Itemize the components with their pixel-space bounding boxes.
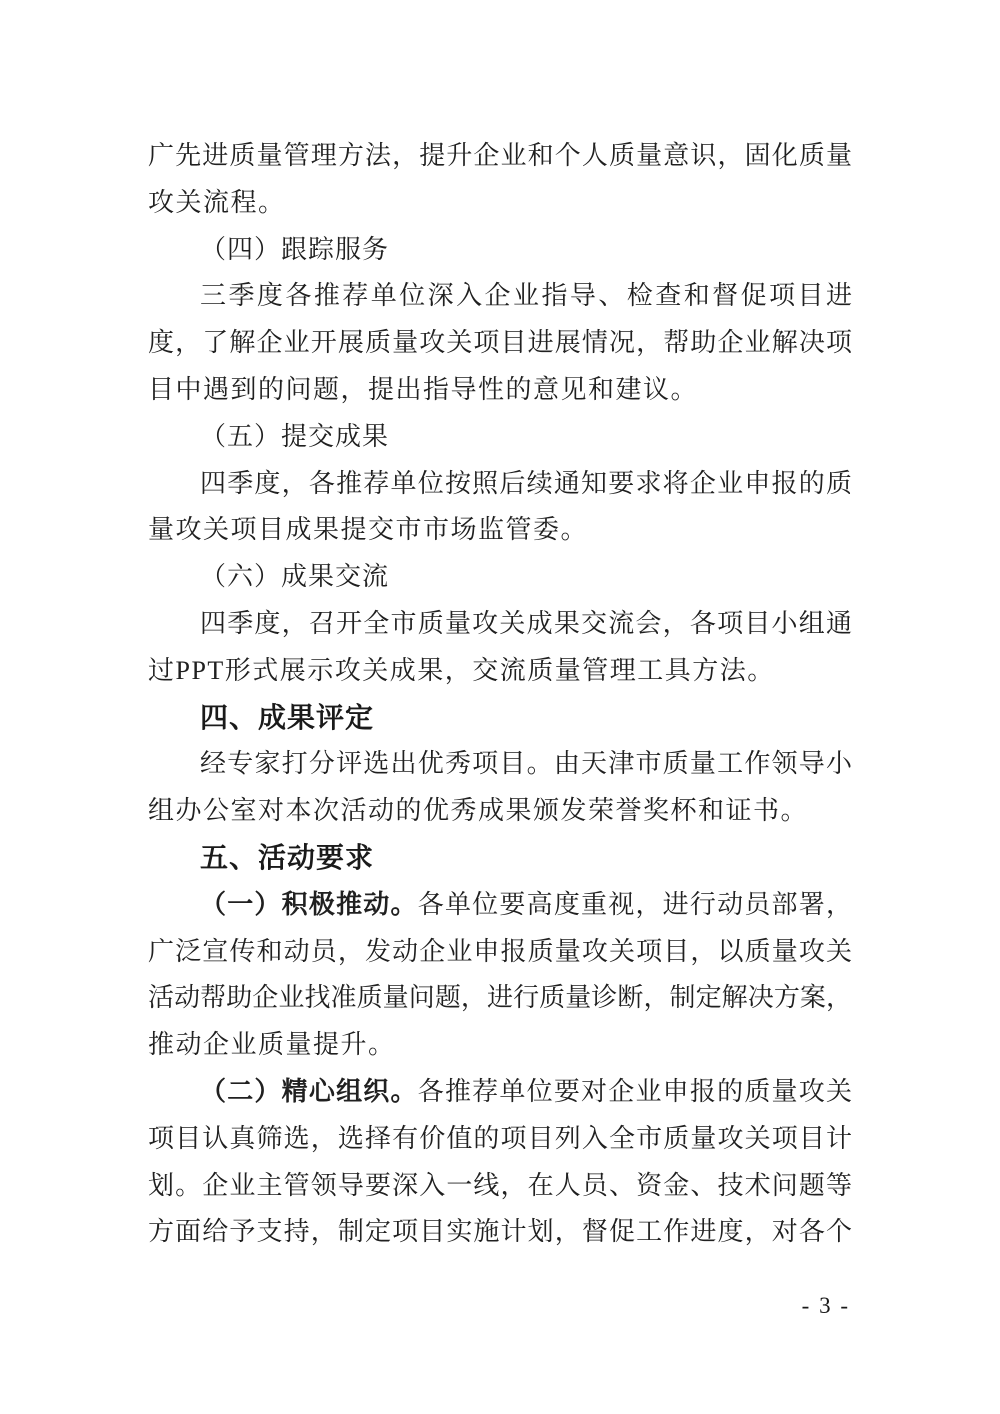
doc-line: 组办公室对本次活动的优秀成果颁发荣誉奖杯和证书。 [148,788,852,835]
doc-line: 攻关流程。 [148,180,852,227]
doc-line: 三季度各推荐单位深入企业指导、检查和督促项目进 [148,273,852,320]
doc-line: 活动帮助企业找准质量问题，进行质量诊断，制定解决方案， [148,975,852,1022]
doc-line: 广泛宣传和动员，发动企业申报质量攻关项目，以质量攻关 [148,929,852,976]
doc-line: 过PPT形式展示攻关成果，交流质量管理工具方法。 [148,648,852,695]
document-page: 广先进质量管理方法，提升企业和个人质量意识，固化质量 攻关流程。 （四）跟踪服务… [0,0,1000,1414]
paragraph-label-active-promotion: （一）积极推动。 [200,890,418,919]
doc-line: 度，了解企业开展质量攻关项目进展情况，帮助企业解决项 [148,320,852,367]
doc-line: （一）积极推动。各单位要高度重视，进行动员部署， [148,882,852,929]
doc-line-text: 各推荐单位要对企业申报的质量攻关 [418,1077,852,1106]
subsection-heading-5: （五）提交成果 [148,414,852,461]
doc-line: 项目认真筛选，选择有价值的项目列入全市质量攻关项目计 [148,1116,852,1163]
subsection-heading-6: （六）成果交流 [148,554,852,601]
doc-line: （二）精心组织。各推荐单位要对企业申报的质量攻关 [148,1069,852,1116]
doc-line: 量攻关项目成果提交市市场监管委。 [148,507,852,554]
doc-line: 方面给予支持，制定项目实施计划，督促工作进度，对各个 [148,1209,852,1256]
doc-line: 推动企业质量提升。 [148,1022,852,1069]
page-number: - 3 - [802,1293,850,1319]
doc-line: 划。企业主管领导要深入一线，在人员、资金、技术问题等 [148,1163,852,1210]
doc-line: 广先进质量管理方法，提升企业和个人质量意识，固化质量 [148,133,852,180]
doc-line: 四季度，召开全市质量攻关成果交流会，各项目小组通 [148,601,852,648]
doc-line: 目中遇到的问题，提出指导性的意见和建议。 [148,367,852,414]
subsection-heading-4: （四）跟踪服务 [148,227,852,274]
document-body: 广先进质量管理方法，提升企业和个人质量意识，固化质量 攻关流程。 （四）跟踪服务… [148,133,852,1256]
doc-line: 四季度，各推荐单位按照后续通知要求将企业申报的质 [148,461,852,508]
doc-line: 经专家打分评选出优秀项目。由天津市质量工作领导小 [148,741,852,788]
paragraph-label-careful-organization: （二）精心组织。 [200,1077,418,1106]
section-heading-activity-requirements: 五、活动要求 [148,835,852,882]
section-heading-results-evaluation: 四、成果评定 [148,695,852,742]
doc-line-text: 各单位要高度重视，进行动员部署， [418,890,852,919]
